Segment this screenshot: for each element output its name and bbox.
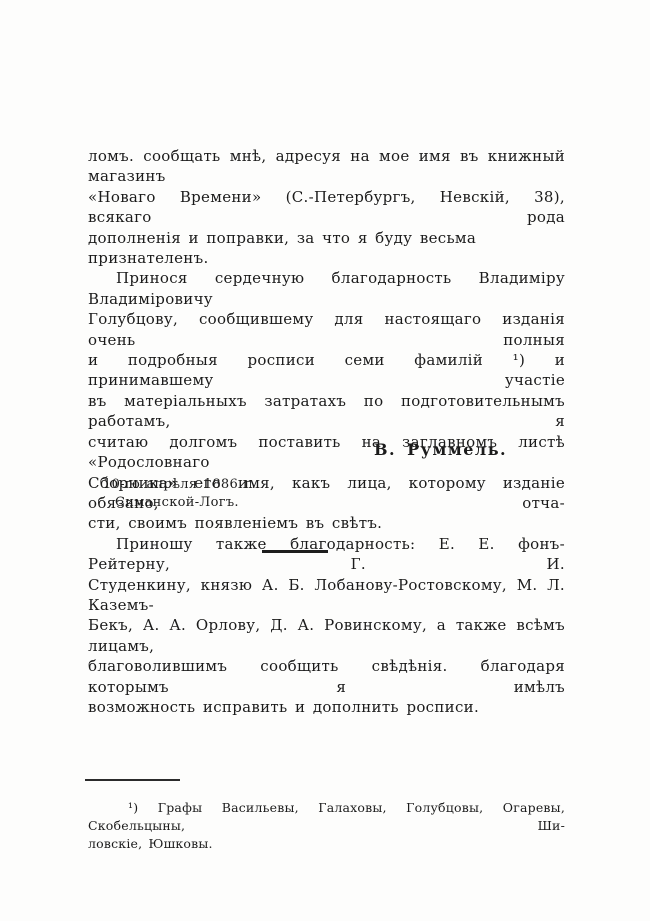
text-line: возможность исправить и дополнить роспис… bbox=[88, 697, 565, 717]
text-line: дополненія и поправки, за что я буду вес… bbox=[88, 228, 565, 269]
text-line: Студенкину, князю А. Б. Лобанову-Ростовс… bbox=[88, 575, 565, 616]
text-line: Принося сердечную благодарность Владимір… bbox=[88, 268, 565, 309]
text-line: «Новаго Времени» (С.-Петербургъ, Невскій… bbox=[88, 187, 565, 228]
footnote-line: ¹) Графы Васильевы, Галаховы, Голубцовы,… bbox=[88, 799, 565, 835]
footnote: ¹) Графы Васильевы, Галаховы, Голубцовы,… bbox=[88, 799, 565, 853]
text-line: сти, своимъ появленіемъ въ свѣтъ. bbox=[88, 513, 565, 533]
book-page: ломъ. сообщать мнѣ, адресуя на мое имя в… bbox=[0, 0, 650, 921]
text-line: въ матеріальныхъ затратахъ по подготовит… bbox=[88, 391, 565, 432]
place: Симанской-Логъ. bbox=[103, 494, 256, 512]
author-signature: В. Руммель. bbox=[374, 440, 507, 459]
footnote-divider-rule bbox=[85, 779, 180, 781]
paragraph-continuation: ломъ. сообщать мнѣ, адресуя на мое имя в… bbox=[88, 146, 565, 268]
paragraph-acknowledgement-others: Приношу также благодарность: Е. Е. фонъ-… bbox=[88, 534, 565, 718]
text-line: Приношу также благодарность: Е. Е. фонъ-… bbox=[88, 534, 565, 575]
text-line: и подробныя росписи семи фамилій ¹) и пр… bbox=[88, 350, 565, 391]
footnote-line: ловскіе, Юшковы. bbox=[88, 835, 565, 853]
main-text: ломъ. сообщать мнѣ, адресуя на мое имя в… bbox=[88, 146, 565, 717]
text-line: Голубцову, сообщившему для настоящаго из… bbox=[88, 309, 565, 350]
section-divider-rule bbox=[262, 550, 328, 553]
text-line: ломъ. сообщать мнѣ, адресуя на мое имя в… bbox=[88, 146, 565, 187]
dateline: 10-го апрѣля 1886 г. Симанской-Логъ. bbox=[103, 476, 256, 511]
text-line: благоволившимъ сообщить свѣдѣнія. благод… bbox=[88, 656, 565, 697]
date: 10-го апрѣля 1886 г. bbox=[103, 476, 256, 494]
scanned-book-page: { "page": { "paper_color": "#fdfdfc", "i… bbox=[0, 0, 650, 921]
text-line: Бекъ, А. А. Орлову, Д. А. Ровинскому, а … bbox=[88, 615, 565, 656]
